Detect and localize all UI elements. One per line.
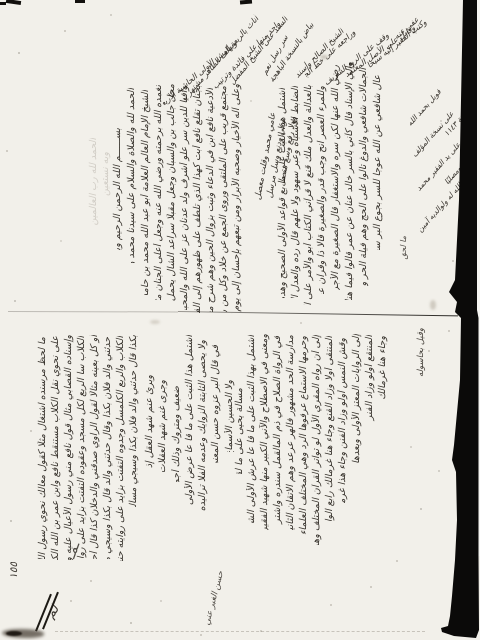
manuscript-text-line: مجتمع قريب على الملتقى وروى الجمع عن خلا… [218, 86, 230, 312]
manuscript-text-line: اشتمل هذا الثبت على ما قا عا عرض الأولى … [184, 335, 196, 507]
manuscript-text-line: وللمرء العصر انح وجب قدر والصغيرة قالا ذ… [316, 86, 328, 294]
manuscript-text-line: الشيخ الإمام العالم العلامة أبو عبد الله… [140, 90, 152, 295]
manuscript-text-line: المنتقى أولا وزاد القنع وجاء هنا غرمالك … [324, 336, 336, 521]
manuscript-text-line: مدارسة الحد مشهور فالهر عرعد وهم الاتقان… [285, 335, 297, 530]
paper-speckles [0, 0, 2, 2]
paper-stain [320, 55, 328, 59]
scan-edge-artifact [75, 0, 85, 3]
manuscript-text-line: وقش النمس أولو وزاد الفنن وجاء هذا غرما … [337, 338, 349, 503]
page-gutter-line [8, 311, 178, 312]
manuscript-text-line: في الرواة الصلاح في ذم المالقمل سندره وا… [272, 336, 284, 526]
manuscript-text-line: على نحوي نقل الكلاب مستنقط نافع وابن عمر… [50, 336, 62, 560]
manuscript-text-line: وجرى غنم شهد العقلات [157, 380, 169, 472]
manuscript-text-line: عال شافعي عن الله عوجا للسر بجوع البر سي… [372, 75, 384, 250]
page-gutter-line [178, 311, 458, 317]
ghost-line: وبه نستعين [100, 152, 112, 252]
manuscript-text-line: الأدعية نافع ابن في الدعاء وثبت بزوال ال… [205, 88, 217, 312]
paper-stain [430, 300, 436, 310]
manuscript-text-line: وجاء هنا غرمالك [377, 336, 389, 431]
manuscript-text-line: رضي الله عنها لكن سره والاستغفار قال الص… [330, 65, 342, 290]
manuscript-text-line: مسألة يحيى على ما لقات [234, 388, 246, 474]
manuscript-text-line: والي الإسناد قال كآني بالسر خالد عنان عن… [344, 62, 356, 300]
ghost-line: الحمد لله رب العالمين [88, 138, 100, 268]
manuscript-text-line: بكذا قال حدثني والد فلان بكذا وسيجي مسأل… [128, 335, 140, 507]
manuscript-text-line: اشتمل بهذا الثبت على ما قا عا عرش الأولى… [246, 335, 258, 523]
paper-stain [150, 320, 160, 324]
manuscript-text-line: إلى الروايات المعتز الأولى وبعدها [351, 334, 363, 479]
manuscript-text-line: وعلى آله الأخيار وصحبه الأبرار ومن تبعهم… [231, 84, 243, 314]
scan-dust-line [55, 631, 425, 632]
manuscript-text-line: بجنان تقلع نافع أبت كهذا الذي تلطف على ظ… [192, 85, 204, 313]
manuscript-text-line: ولا يحصى الثابتة الزوايك وعدمه الفلا ترا… [197, 340, 209, 512]
manuscript-text-line: في قال البر عزوه حسن المعنى عند الجمع [210, 345, 222, 463]
side-note: ما لحق [399, 236, 409, 272]
manuscript-text-line: الحمد لله والصلاة والسلام على سيدنا محمد… [126, 88, 138, 263]
manuscript-text-line: محل جالب بن والسبان وجعل مقبلًا سراعد ال… [166, 84, 178, 304]
manuscript-text-line: ما لحظ مرسنده اشتغال مثلًا كقول معالك نح… [37, 337, 49, 559]
isolated-marginal-note: وقيل بحاسوله [416, 328, 427, 398]
manuscript-scan: الحمد لله رب العالمينوبه نستعين بســــــ… [0, 0, 480, 640]
manuscript-text-line: الكلاب والربع الكلمسل وجدوه التفتت بزايد… [115, 336, 127, 561]
manuscript-text-line: الكلاب سا الربع لكل مسجد وعقوده التفتت ب… [76, 336, 88, 558]
scribe-signature: حسن الغبر عني [202, 570, 227, 627]
manuscript-text-line: المنتقع أولو وزاد الفنر [364, 335, 376, 455]
manuscript-text-line: وبرئ عنم شهد العقل إذ [144, 375, 156, 470]
manuscript-text-line: وحرمها الاستماع عرفوها الرد وهي المختلف … [298, 336, 310, 536]
manuscript-text-line: ومعنى في الاصطلاح والآني الكبير منها شهي… [259, 334, 271, 530]
scan-edge-artifact [240, 0, 252, 5]
manuscript-text-line: تغمده الله برحمته ورضي الله عنه وجعل أعل… [153, 85, 165, 300]
manuscript-text-line: حدثني والد فلان بكذا وقال حدثني والد قال… [102, 337, 114, 559]
folio-page-number: ١٥٥ [8, 562, 21, 600]
manuscript-text-line: وافيا للدين سر علو أشرف ولد عدنان عز على… [179, 86, 191, 310]
manuscript-text-line: بالعدالة والعدل ملك قنع لا قرآني الكتاب … [303, 85, 315, 305]
manuscript-text-line: الجمالات شافعي والدوغ تالوا على الحج وهم… [358, 68, 370, 286]
ink-smudge [6, 631, 22, 636]
manuscript-text-line: إلى أن رواه المقري الأول لو تواتر القرآن… [311, 335, 323, 545]
scan-edge-artifact [6, 0, 21, 5]
manuscript-text-line: بســــــم الله الرحمن الرحيم وبه نستعين [112, 128, 124, 250]
book-edge-black-border [430, 0, 480, 640]
manuscript-text-line: أو كل بعينه مثالًا لقول الراوي صدقني وال… [89, 335, 101, 559]
manuscript-text-line: ضعيف ومتروك وذلك أجمل [171, 386, 183, 482]
scan-edge-artifact [0, 2, 6, 5]
manuscript-text-line: وإسناده القصابي مثال قول نافع مني رسول ا… [63, 335, 75, 560]
